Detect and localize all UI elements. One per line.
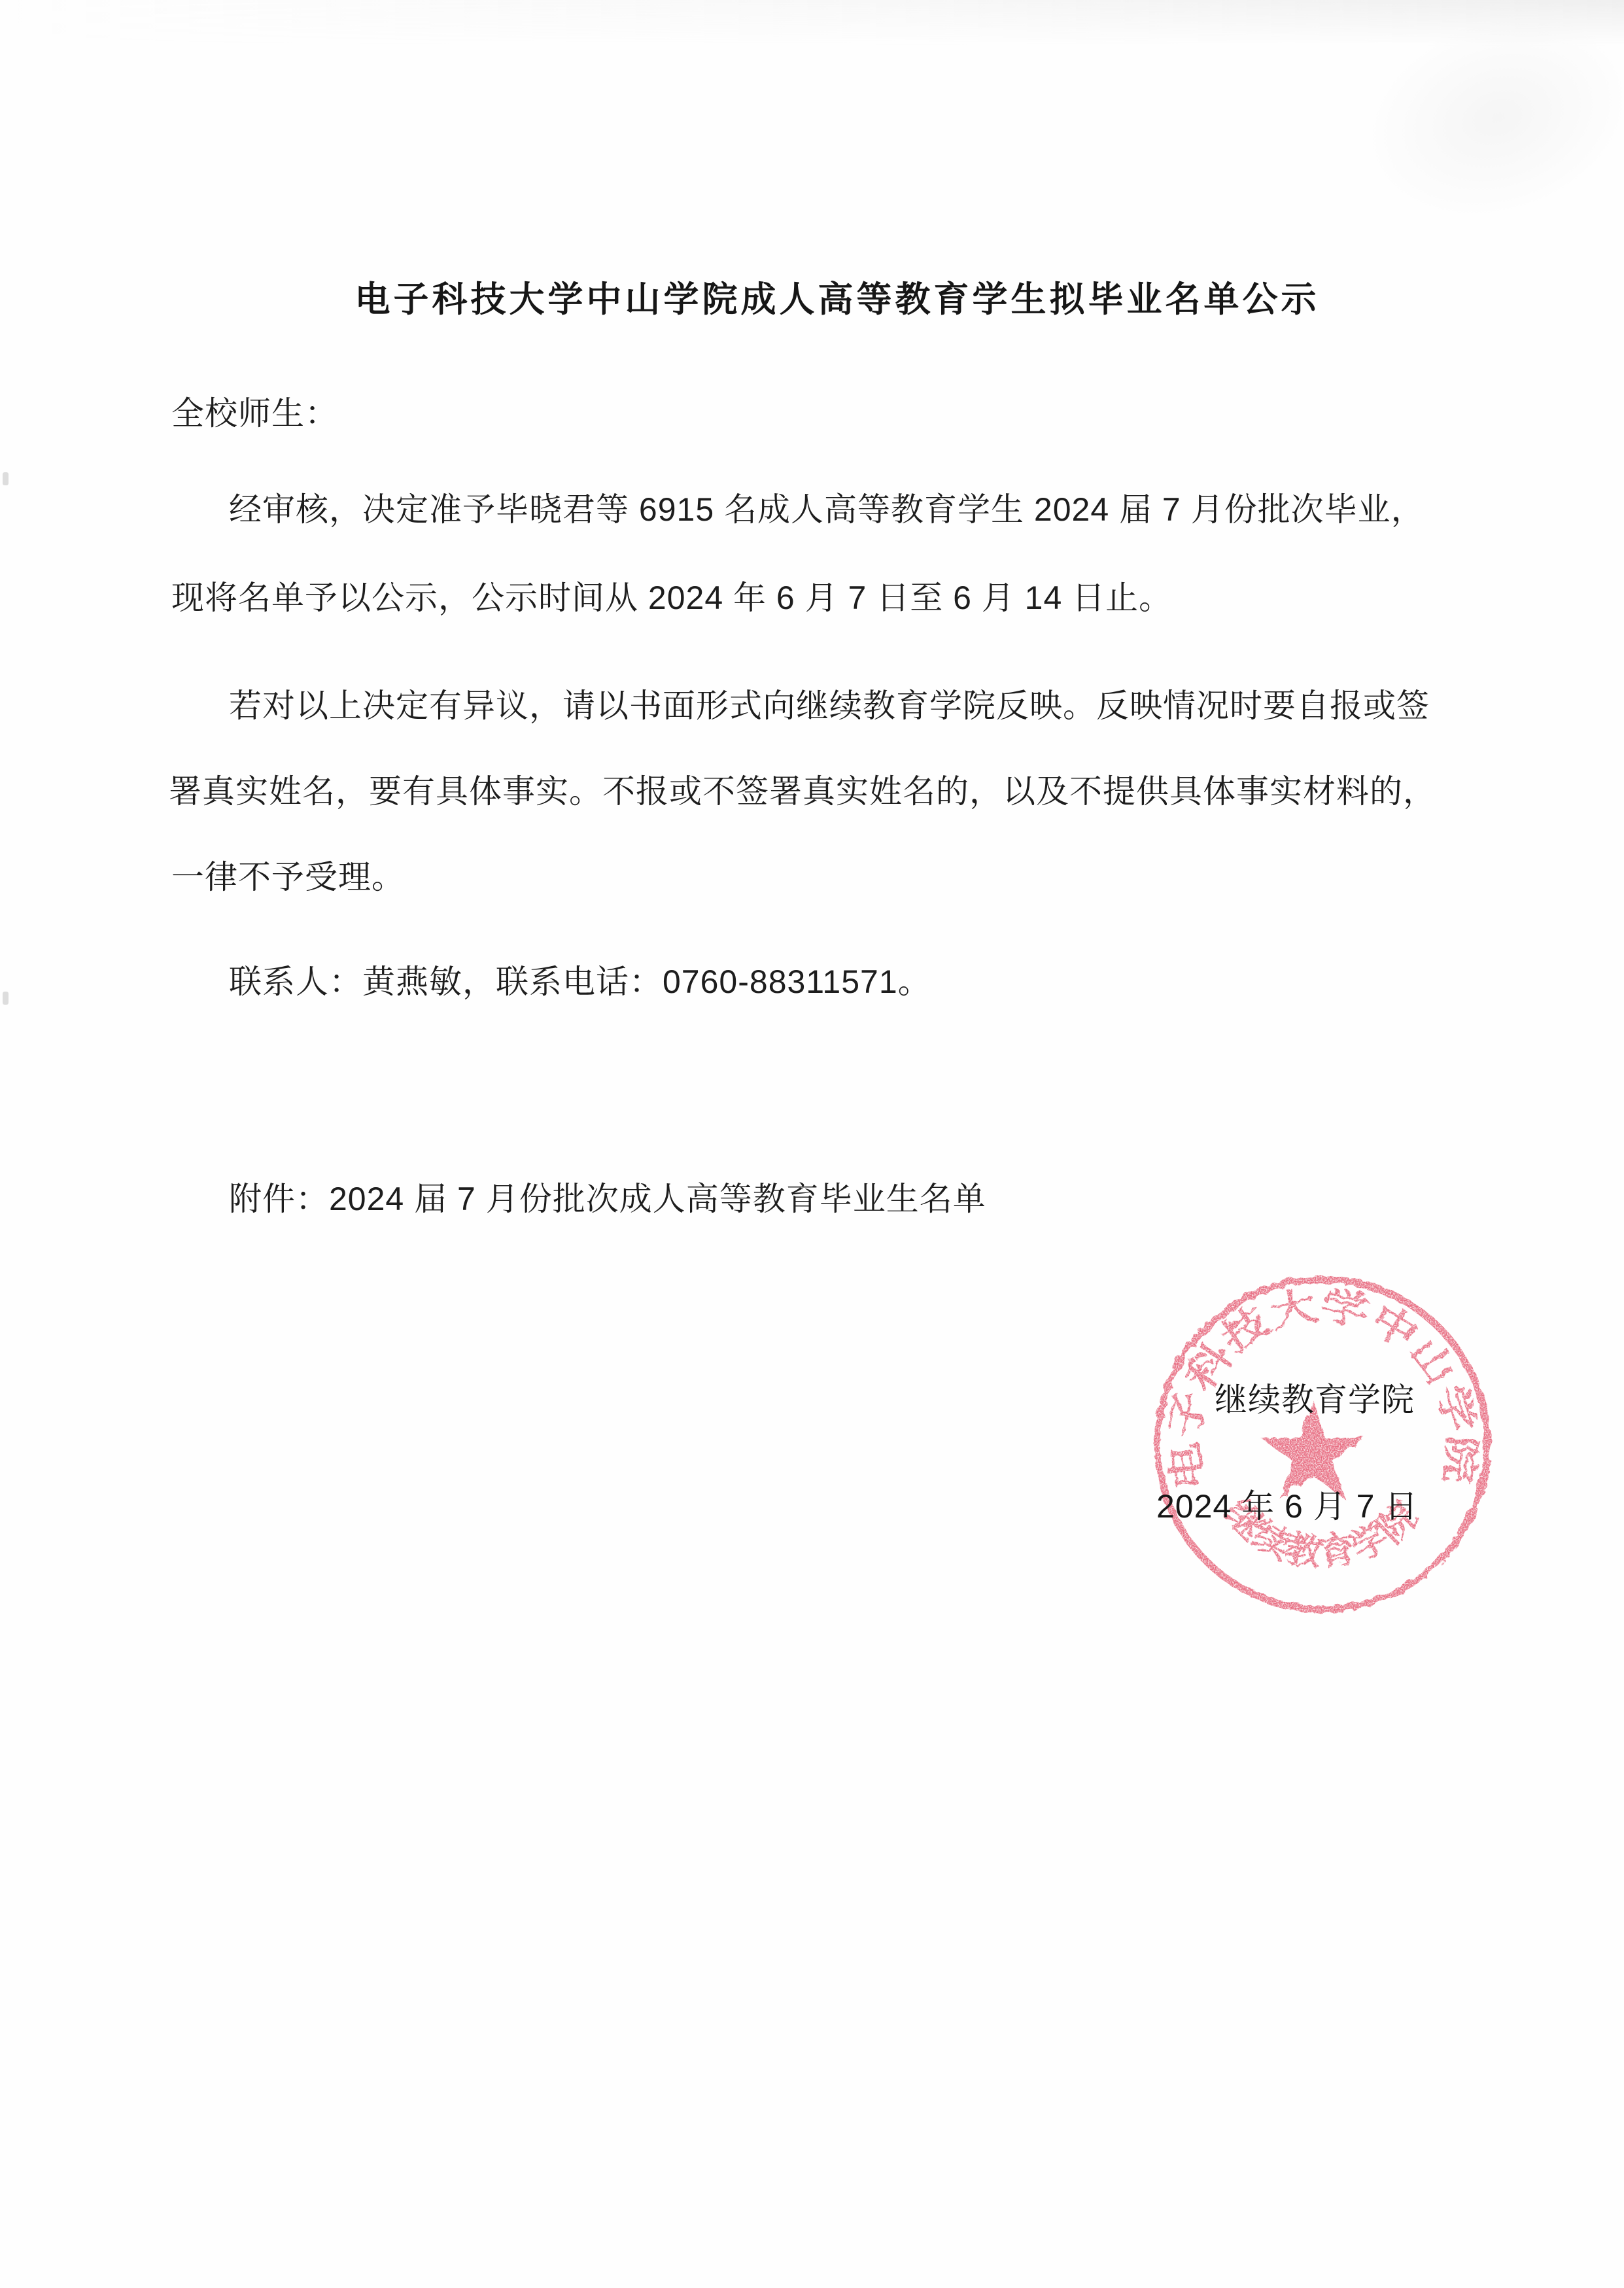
scan-artifact bbox=[3, 472, 9, 485]
salutation: 全校师生： bbox=[171, 392, 338, 435]
document-title: 电子科技大学中山学院成人高等教育学生拟毕业名单公示 bbox=[350, 277, 1324, 322]
scan-shadow bbox=[0, 0, 1624, 46]
paragraph-2-line-1: 若对以上决定有异议，请以书面形式向继续教育学院反映。反映情况时要自报或签 bbox=[229, 684, 1430, 727]
official-seal: 电子科技大学中山学院 继续教育学院 bbox=[1138, 1260, 1504, 1626]
paragraph-1-line-1: 经审核，决定准予毕晓君等 6915 名成人高等教育学生 2024 届 7 月份批… bbox=[229, 488, 1425, 531]
contact-line: 联系人：黄燕敏，联系电话：0760-88311571。 bbox=[229, 960, 931, 1003]
attachment-line: 附件：2024 届 7 月份批次成人高等教育毕业生名单 bbox=[229, 1177, 986, 1221]
paragraph-2-line-2: 署真实姓名，要有具体事实。不报或不签署真实姓名的，以及不提供具体事实材料的， bbox=[169, 770, 1436, 813]
signature-text: 继续教育学院 bbox=[1215, 1378, 1415, 1421]
document-page: 电子科技大学中山学院成人高等教育学生拟毕业名单公示 全校师生： 经审核，决定准予… bbox=[0, 0, 1624, 2288]
paragraph-1-line-2: 现将名单予以公示，公示时间从 2024 年 6 月 7 日至 6 月 14 日止… bbox=[171, 576, 1172, 619]
paragraph-2-line-3: 一律不予受理。 bbox=[171, 856, 405, 899]
date-text: 2024 年 6 月 7 日 bbox=[1156, 1485, 1418, 1528]
scan-artifact bbox=[3, 992, 9, 1005]
